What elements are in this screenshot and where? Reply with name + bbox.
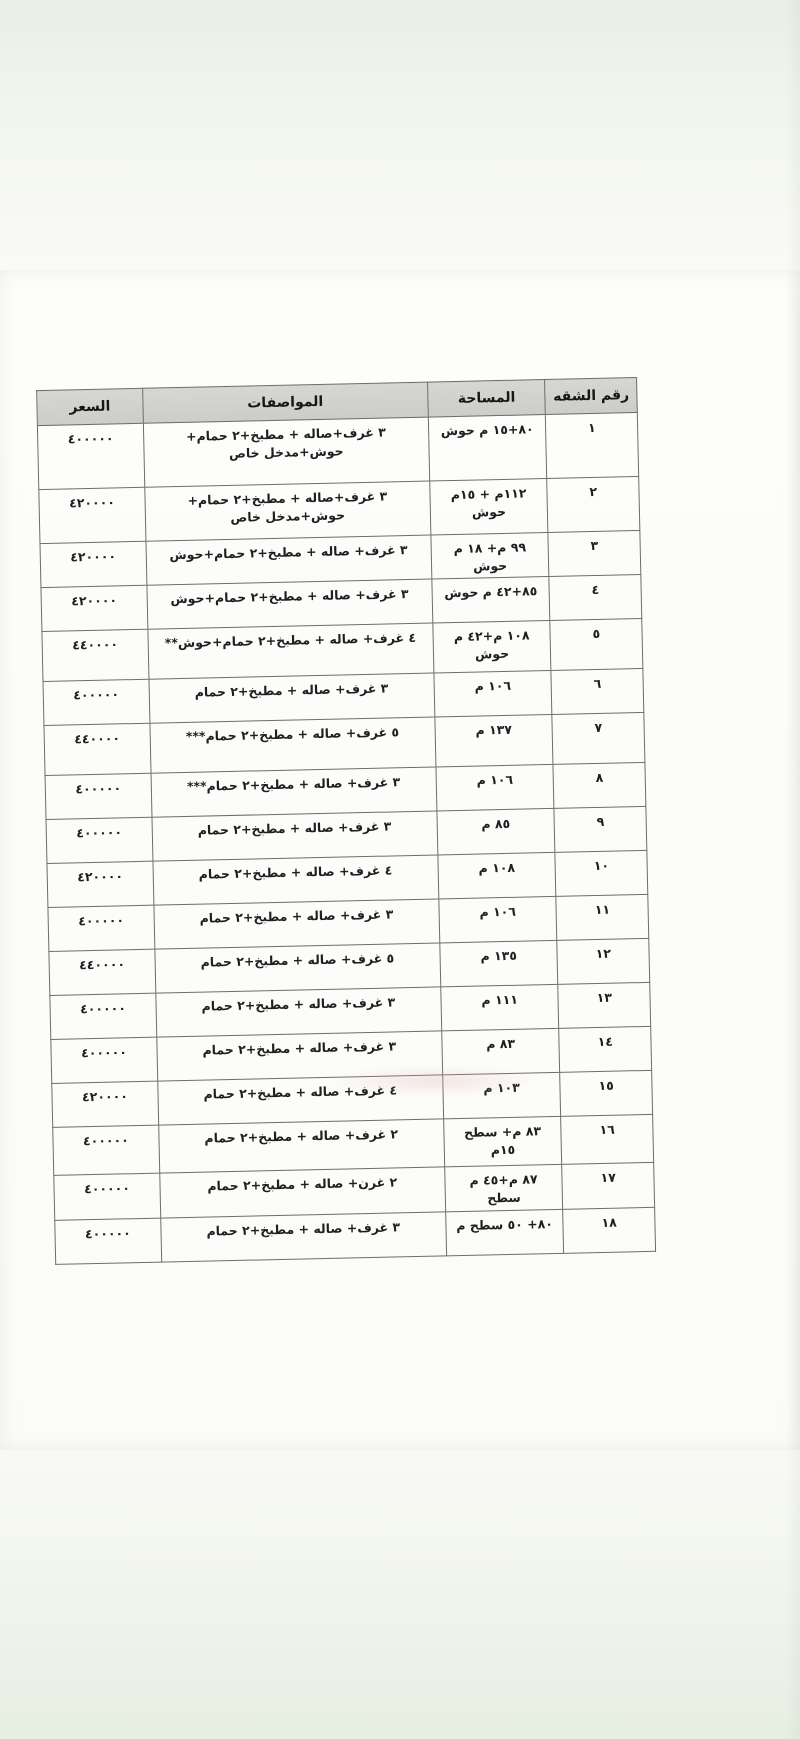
cell-specs: ٤ غرف+ صاله + مطبخ+٢ حمام xyxy=(158,1075,444,1125)
cell-specs: ٣ غرف+ صاله + مطبخ+٢ حمام+حوش xyxy=(147,579,433,629)
cell-specs: ٣ غرف+ صاله + مطبخ+٢ حمام xyxy=(149,673,435,723)
cell-area: ١٠٦ م xyxy=(434,671,553,718)
cell-area: ٨٥ م xyxy=(437,809,556,856)
cell-price: ٤٠٠٠٠٠ xyxy=(37,423,144,489)
cell-area: ١٣٥ م xyxy=(440,941,559,988)
apartment-table-wrapper: رقم الشقهالمساحةالمواصفاتالسعر ١٨٠+١٥ م … xyxy=(36,377,656,1264)
cell-number: ١٤ xyxy=(559,1027,651,1073)
cell-area: ٨٠+١٥ م حوش xyxy=(428,414,547,481)
cell-specs: ٥ غرف+ صاله + مطبخ+٢ حمام*** xyxy=(150,717,436,773)
cell-specs: ٣ غرف+ صاله + مطبخ+٢ حمام xyxy=(152,811,438,861)
cell-area: ١٠٣ م xyxy=(442,1073,561,1120)
cell-specs: ٣ غرف+ صاله + مطبخ+٢ حمام xyxy=(154,899,440,949)
cell-number: ٣ xyxy=(548,530,640,576)
cell-number: ٩ xyxy=(554,807,646,853)
column-header-number: رقم الشقه xyxy=(545,378,637,415)
cell-area: ١٠٨ م+٤٢ م حوش xyxy=(433,621,552,674)
cell-number: ٨ xyxy=(553,763,645,809)
cell-price: ٤٠٠٠٠٠ xyxy=(43,679,150,725)
cell-price: ٤٠٠٠٠٠ xyxy=(50,993,157,1039)
cell-number: ١٨ xyxy=(563,1207,655,1253)
cell-area: ١٣٧ م xyxy=(435,715,554,768)
apartment-price-table: رقم الشقهالمساحةالمواصفاتالسعر ١٨٠+١٥ م … xyxy=(36,377,656,1264)
cell-number: ٤ xyxy=(549,575,641,621)
cell-number: ١١ xyxy=(556,895,648,941)
cell-area: ٨٥+٤٢ م حوش xyxy=(432,577,551,624)
cell-price: ٤٢٠٠٠٠ xyxy=(39,487,146,543)
cell-area: ٨٣ م+ سطح ١٥م xyxy=(443,1117,562,1168)
cell-specs: ٣ غرف+صاله + مطبخ+٢ حمام+ حوش+مدخل خاص xyxy=(145,481,431,541)
cell-price: ٤٠٠٠٠٠ xyxy=(46,817,153,863)
cell-price: ٤٤٠٠٠٠ xyxy=(44,723,151,775)
cell-area: ٨٣ م xyxy=(441,1029,560,1076)
cell-specs: ٣ غرف+صاله + مطبخ+٢ حمام+ حوش+مدخل خاص xyxy=(143,417,429,487)
column-header-price: السعر xyxy=(37,388,144,425)
cell-price: ٤٠٠٠٠٠ xyxy=(45,773,152,819)
cell-number: ١٢ xyxy=(557,939,649,985)
cell-price: ٤٠٠٠٠٠ xyxy=(51,1037,158,1083)
cell-number: ٢ xyxy=(547,476,640,532)
cell-area: ١١٢م + ١٥م حوش xyxy=(429,478,548,535)
cell-price: ٤٠٠٠٠٠ xyxy=(55,1218,162,1264)
cell-price: ٤٢٠٠٠٠ xyxy=(52,1081,159,1127)
cell-price: ٤٠٠٠٠٠ xyxy=(48,905,155,951)
cell-price: ٤٤٠٠٠٠ xyxy=(42,629,149,681)
cell-price: ٤٠٠٠٠٠ xyxy=(53,1125,160,1175)
cell-area: ١٠٦ م xyxy=(436,765,555,812)
cell-price: ٤٢٠٠٠٠ xyxy=(41,585,148,631)
cell-specs: ٢ غرف+ صاله + مطبخ+٢ حمام xyxy=(159,1119,445,1173)
cell-area: ٨٠+ ٥٠ سطح م xyxy=(445,1209,564,1256)
cell-specs: ٣ غرف+ صاله + مطبخ+٢ حمام xyxy=(156,987,442,1037)
cell-specs: ٥ غرف+ صاله + مطبخ+٢ حمام xyxy=(155,943,441,993)
cell-price: ٤٢٠٠٠٠ xyxy=(47,861,154,907)
cell-price: ٤٤٠٠٠٠ xyxy=(49,949,156,995)
cell-number: ١٥ xyxy=(560,1071,652,1117)
cell-number: ١ xyxy=(546,413,639,479)
cell-number: ٧ xyxy=(552,713,645,765)
cell-specs: ٤ غرف+ صاله + مطبخ+٢ حمام xyxy=(153,855,439,905)
cell-price: ٤٢٠٠٠٠ xyxy=(40,541,147,588)
cell-specs: ٣ غرف+ صاله + مطبخ+٢ حمام+حوش xyxy=(146,535,432,585)
cell-area: ١٠٦ م xyxy=(439,897,558,944)
cell-specs: ٢ غرن+ صاله + مطبخ+٢ حمام xyxy=(160,1167,446,1217)
cell-specs: ٣ غرف+ صاله + مطبخ+٢ حمام*** xyxy=(151,767,437,817)
table-body: ١٨٠+١٥ م حوش٣ غرف+صاله + مطبخ+٢ حمام+ حو… xyxy=(37,413,655,1264)
cell-number: ١٠ xyxy=(555,851,647,897)
cell-number: ٦ xyxy=(551,669,643,715)
cell-specs: ٣ غرف+ صاله + مطبخ+٢ حمام xyxy=(161,1211,447,1261)
cell-area: ١٠٨ م xyxy=(438,853,557,900)
cell-specs: ٤ غرف+ صاله + مطبخ+٢ حمام+حوش** xyxy=(148,623,434,679)
cell-area: ١١١ م xyxy=(440,985,559,1032)
cell-number: ١٧ xyxy=(562,1163,654,1209)
cell-area: ٨٧ م+٤٥ م سطح xyxy=(444,1165,563,1212)
cell-number: ١٣ xyxy=(558,983,650,1029)
column-header-area: المساحة xyxy=(427,380,545,418)
cell-number: ٥ xyxy=(550,619,643,671)
cell-specs: ٣ غرف+ صاله + مطبخ+٢ حمام xyxy=(157,1031,443,1081)
cell-area: ٩٩ م+ ١٨ م حوش xyxy=(431,532,550,579)
cell-price: ٤٠٠٠٠٠ xyxy=(54,1173,161,1220)
cell-number: ١٦ xyxy=(561,1115,654,1165)
